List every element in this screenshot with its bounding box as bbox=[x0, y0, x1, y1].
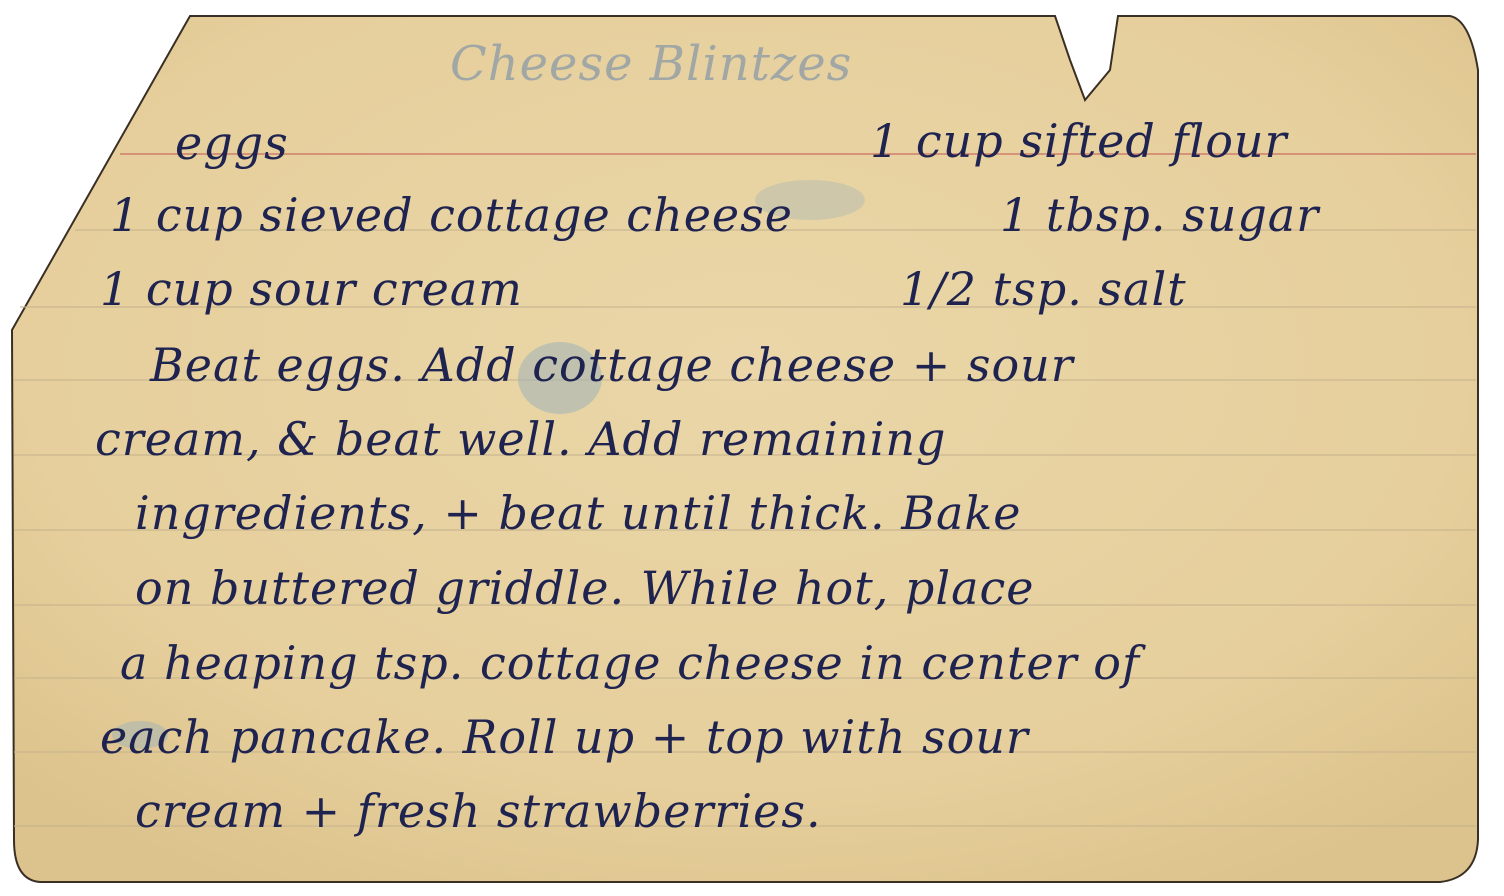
direction-line-7: cream + fresh strawberries. bbox=[135, 788, 822, 834]
ingredient-right-2: 1 tbsp. sugar bbox=[1000, 192, 1319, 238]
ingredient-left-1: eggs bbox=[175, 120, 289, 166]
ingredient-left-2: 1 cup sieved cottage cheese bbox=[110, 192, 793, 238]
direction-line-2: cream, & beat well. Add remaining bbox=[95, 416, 946, 462]
direction-line-3: ingredients, + beat until thick. Bake bbox=[135, 490, 1022, 536]
ingredient-right-3: 1/2 tsp. salt bbox=[900, 266, 1187, 312]
direction-line-5: a heaping tsp. cottage cheese in center … bbox=[120, 640, 1140, 686]
recipe-card: Cheese Blintzes eggs 1 cup sifted flour … bbox=[0, 0, 1504, 896]
ingredient-right-1: 1 cup sifted flour bbox=[870, 118, 1288, 164]
recipe-title: Cheese Blintzes bbox=[450, 40, 852, 88]
ingredient-left-3: 1 cup sour cream bbox=[100, 266, 523, 312]
direction-line-4: on buttered griddle. While hot, place bbox=[135, 565, 1035, 611]
direction-line-6: each pancake. Roll up + top with sour bbox=[100, 714, 1029, 760]
direction-line-1: Beat eggs. Add cottage cheese + sour bbox=[150, 342, 1074, 388]
